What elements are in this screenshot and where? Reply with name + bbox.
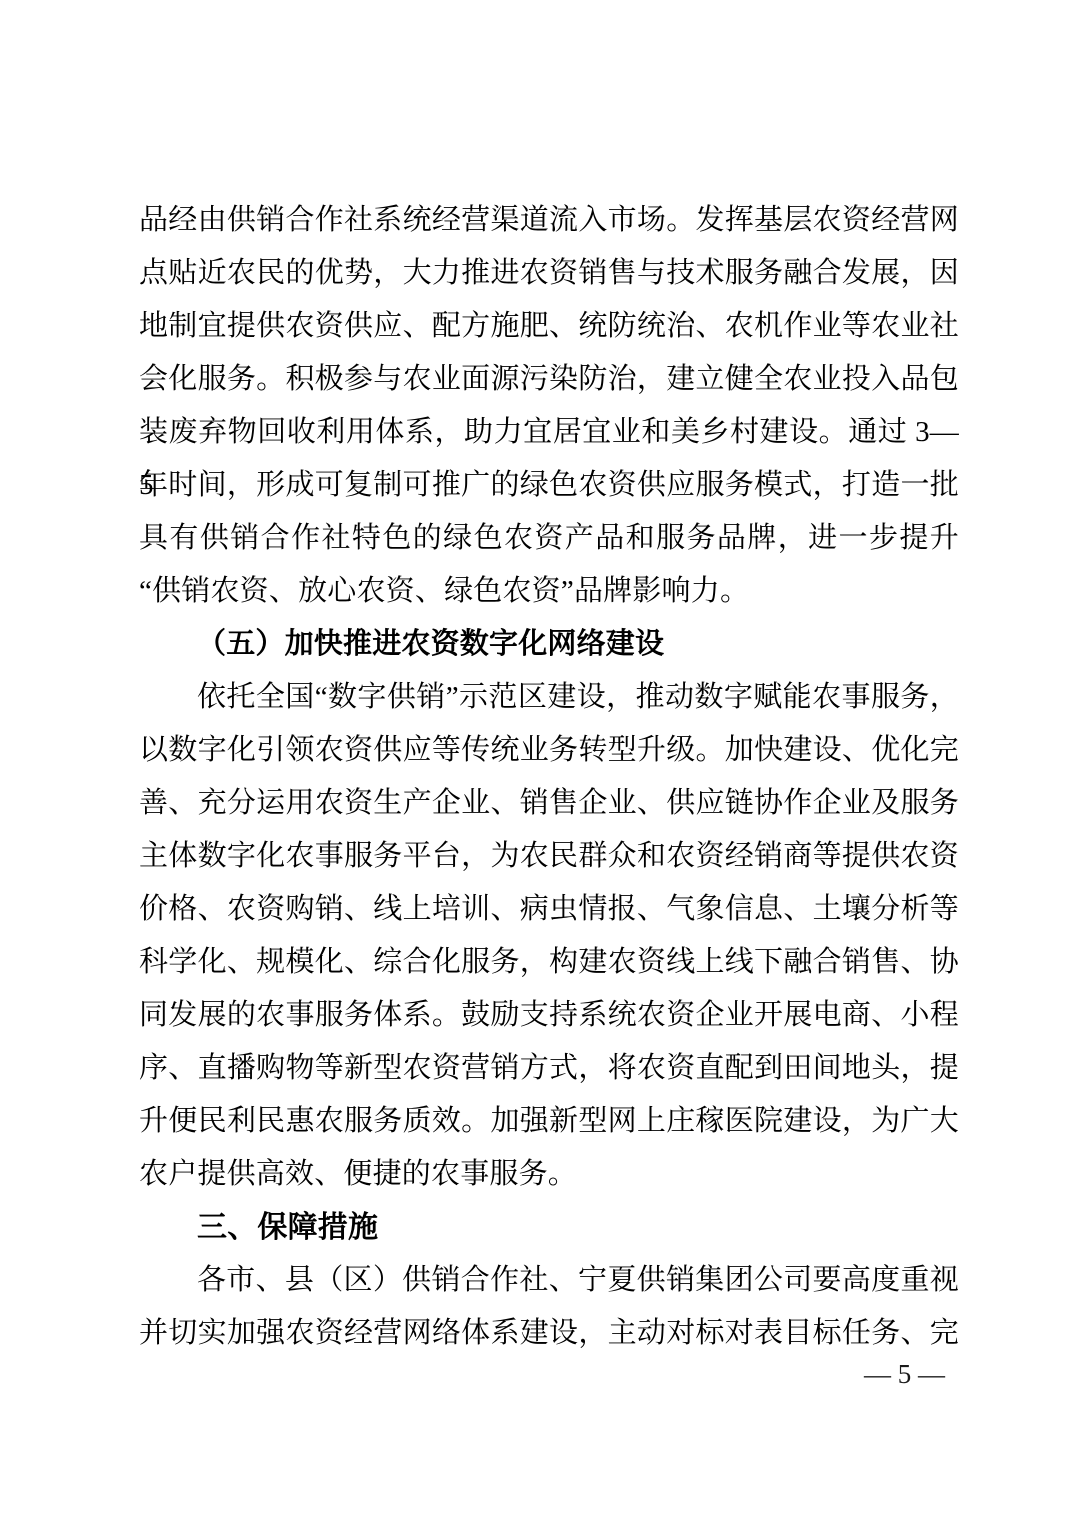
text-line: 农户提供高效、便捷的农事服务。 xyxy=(139,1148,959,1201)
text-line: 地制宜提供农资供应、配方施肥、统防统治、农机作业等农业社 xyxy=(139,300,959,353)
text-line: 以数字化引领农资供应等传统业务转型升级。加快建设、优化完 xyxy=(139,724,959,777)
text-line: 装废弃物回收利用体系，助力宜居宜业和美乡村建设。通过 3—5 xyxy=(139,406,959,459)
text-line: 价格、农资购销、线上培训、病虫情报、气象信息、土壤分析等 xyxy=(139,883,959,936)
text-line: 同发展的农事服务体系。鼓励支持系统农资企业开展电商、小程 xyxy=(139,989,959,1042)
page-number: — 5 — xyxy=(864,1358,945,1390)
section-5-heading: （五）加快推进农资数字化网络建设 xyxy=(139,618,959,671)
text-line: 依托全国“数字供销”示范区建设，推动数字赋能农事服务， xyxy=(139,671,959,724)
text-line: 各市、县（区）供销合作社、宁夏供销集团公司要高度重视 xyxy=(139,1254,959,1307)
text-line: 序、直播购物等新型农资营销方式，将农资直配到田间地头，提 xyxy=(139,1042,959,1095)
text-line: 具有供销合作社特色的绿色农资产品和服务品牌，进一步提升 xyxy=(139,512,959,565)
text-line: 升便民利民惠农服务质效。加强新型网上庄稼医院建设，为广大 xyxy=(139,1095,959,1148)
section-3-heading: 三、保障措施 xyxy=(139,1201,959,1254)
text-line: 品经由供销合作社系统经营渠道流入市场。发挥基层农资经营网 xyxy=(139,194,959,247)
text-line: 点贴近农民的优势，大力推进农资销售与技术服务融合发展，因 xyxy=(139,247,959,300)
text-line: 并切实加强农资经营网络体系建设，主动对标对表目标任务、完 xyxy=(139,1307,959,1360)
text-line: “供销农资、放心农资、绿色农资”品牌影响力。 xyxy=(139,565,959,618)
document-text: 品经由供销合作社系统经营渠道流入市场。发挥基层农资经营网 点贴近农民的优势，大力… xyxy=(139,194,959,1360)
text-line: 年时间，形成可复制可推广的绿色农资供应服务模式，打造一批 xyxy=(139,459,959,512)
text-line: 会化服务。积极参与农业面源污染防治，建立健全农业投入品包 xyxy=(139,353,959,406)
text-line: 善、充分运用农资生产企业、销售企业、供应链协作企业及服务 xyxy=(139,777,959,830)
text-line: 主体数字化农事服务平台，为农民群众和农资经销商等提供农资 xyxy=(139,830,959,883)
document-page: 品经由供销合作社系统经营渠道流入市场。发挥基层农资经营网 点贴近农民的优势，大力… xyxy=(0,0,1075,1520)
text-line: 科学化、规模化、综合化服务，构建农资线上线下融合销售、协 xyxy=(139,936,959,989)
